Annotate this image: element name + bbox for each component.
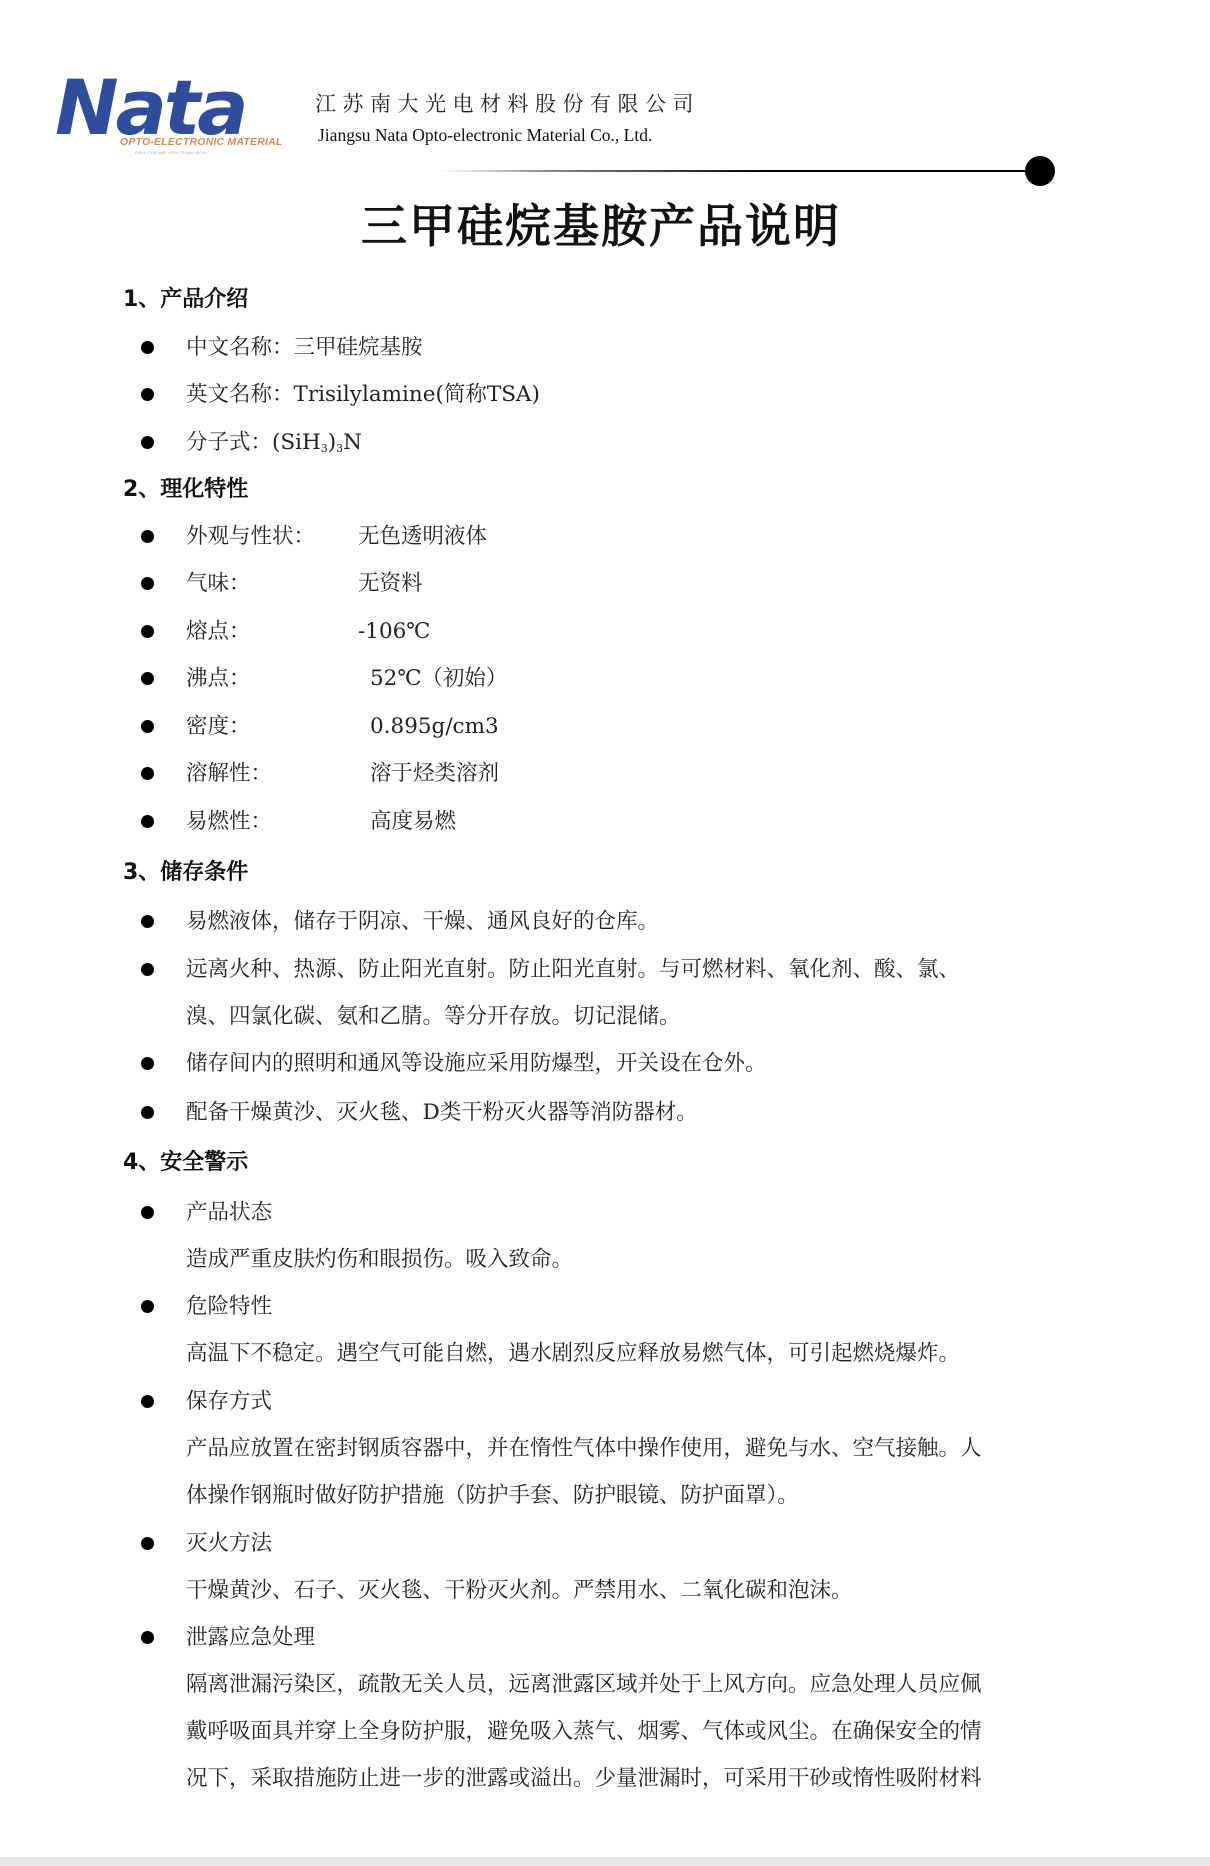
warning-text: 干燥黄沙、石子、灭火毯、干粉灭火剂。严禁用水、二氧化碳和泡沫。: [186, 1577, 853, 1605]
bullet-icon: [141, 1057, 154, 1070]
warning-text: 戴呼吸面具并穿上全身防护服，避免吸入蒸气、烟雾、气体或风尘。在确保安全的情: [186, 1718, 982, 1746]
property-label: 外观与性状：: [186, 523, 315, 551]
section-heading: 4、安全警示: [123, 1149, 248, 1177]
warning-text: 造成严重皮肤灼伤和眼损伤。吸入致命。: [186, 1246, 573, 1274]
property-label: 熔点：: [186, 618, 251, 646]
bullet-icon: [141, 672, 154, 685]
item-label: 中文名称：: [186, 335, 294, 360]
property-value: 无资料: [358, 570, 423, 598]
property-value: 溶于烃类溶剂: [370, 760, 499, 788]
formula-part: (SiH: [272, 430, 321, 455]
document-title: 三甲硅烷基胺产品说明: [0, 190, 1210, 256]
list-item-continuation: 溴、四氯化碳、氨和乙腈。等分开存放。切记混储。: [186, 1003, 681, 1031]
warning-text: 况下，采取措施防止进一步的泄露或溢出。少量泄漏时，可采用干砂或惰性吸附材料: [186, 1765, 982, 1793]
logo-fine-print: CMYK C100 M80 Y0 K0 C0 M50 Y80 K0: [135, 150, 207, 155]
bullet-icon: [141, 915, 154, 928]
item-value: Trisilylamine(简称TSA): [294, 382, 540, 407]
warning-text: 产品应放置在密封钢质容器中，并在惰性气体中操作使用，避免与水、空气接触。人: [186, 1435, 982, 1463]
bullet-icon: [141, 720, 154, 733]
list-item: 易燃液体，储存于阴凉、干燥、通风良好的仓库。: [186, 908, 659, 936]
bullet-icon: [141, 1631, 154, 1644]
property-label: 易燃性：: [186, 808, 272, 836]
formula-subscript: 3: [321, 442, 328, 455]
property-value: 高度易燃: [370, 808, 456, 836]
property-value: 52℃（初始）: [370, 665, 507, 693]
bullet-icon: [141, 341, 154, 354]
bullet-icon: [141, 577, 154, 590]
list-item: 分子式：(SiH3)3N: [186, 429, 362, 463]
section-heading: 1、产品介绍: [123, 286, 248, 314]
bullet-icon: [141, 1537, 154, 1550]
warning-title: 泄露应急处理: [186, 1624, 315, 1652]
bullet-icon: [141, 436, 154, 449]
warning-text: 高温下不稳定。遇空气可能自燃，遇水剧烈反应释放易燃气体，可引起燃烧爆炸。: [186, 1340, 960, 1368]
company-logo: Nata OPTO-ELECTRONIC MATERIAL CMYK C100 …: [55, 78, 300, 156]
list-item: 远离火种、热源、防止阳光直射。防止阳光直射。与可燃材料、氧化剂、酸、氯、: [186, 956, 960, 984]
bullet-icon: [141, 1106, 154, 1119]
formula-part: ): [328, 430, 336, 455]
logo-tagline: OPTO-ELECTRONIC MATERIAL: [120, 136, 283, 148]
bullet-icon: [141, 815, 154, 828]
bullet-icon: [141, 767, 154, 780]
bullet-icon: [141, 388, 154, 401]
header-divider-dot: [1025, 156, 1055, 186]
bullet-icon: [141, 963, 154, 976]
page-bottom-edge: [0, 1857, 1210, 1866]
warning-text: 隔离泄漏污染区，疏散无关人员，远离泄露区域并处于上风方向。应急处理人员应佩: [186, 1671, 982, 1699]
warning-title: 保存方式: [186, 1388, 272, 1416]
company-name-en: Jiangsu Nata Opto-electronic Material Co…: [318, 125, 652, 146]
property-label: 密度：: [186, 713, 251, 741]
warning-text: 体操作钢瓶时做好防护措施（防护手套、防护眼镜、防护面罩）。: [186, 1482, 799, 1510]
warning-title: 危险特性: [186, 1293, 272, 1321]
property-value: 无色透明液体: [358, 523, 487, 551]
section-heading: 3、储存条件: [123, 859, 248, 887]
company-name-cn: 江苏南大光电材料股份有限公司: [315, 88, 700, 118]
list-item: 配备干燥黄沙、灭火毯、D类干粉灭火器等消防器材。: [186, 1099, 698, 1127]
property-label: 气味：: [186, 570, 251, 598]
document-title-text: 三甲硅烷基胺产品说明: [361, 190, 841, 256]
list-item: 储存间内的照明和通风等设施应采用防爆型，开关设在仓外。: [186, 1050, 767, 1078]
bullet-icon: [141, 625, 154, 638]
header-divider: [440, 170, 1040, 172]
section-heading: 2、理化特性: [123, 476, 248, 504]
warning-title: 产品状态: [186, 1199, 272, 1227]
formula-part: N: [343, 430, 362, 455]
item-label: 英文名称：: [186, 382, 294, 407]
property-label: 沸点：: [186, 665, 251, 693]
list-item: 英文名称：Trisilylamine(简称TSA): [186, 381, 540, 409]
bullet-icon: [141, 1300, 154, 1313]
property-label: 溶解性：: [186, 760, 272, 788]
item-label: 分子式：: [186, 430, 272, 455]
item-value: 三甲硅烷基胺: [294, 335, 423, 360]
bullet-icon: [141, 1206, 154, 1219]
bullet-icon: [141, 530, 154, 543]
bullet-icon: [141, 1395, 154, 1408]
warning-title: 灭火方法: [186, 1530, 272, 1558]
property-value: -106℃: [358, 618, 430, 646]
property-value: 0.895g/cm3: [370, 713, 499, 741]
list-item: 中文名称：三甲硅烷基胺: [186, 334, 423, 362]
